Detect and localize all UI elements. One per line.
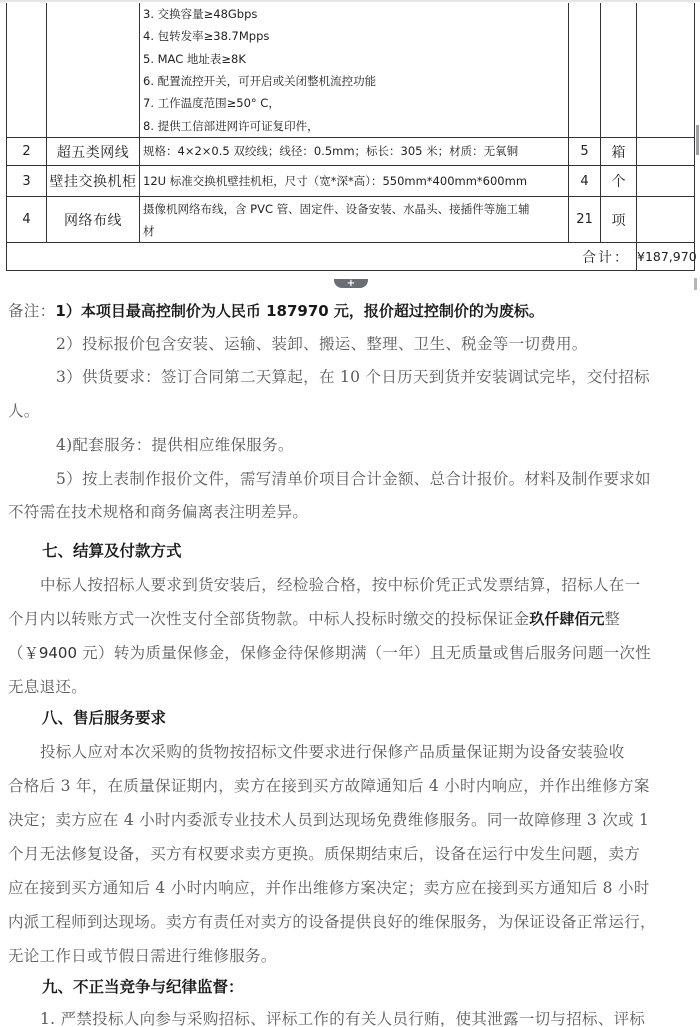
remark-item: 3）供货要求：签订合同第二天算起，在 10 个日历天到货并安装调试完毕，交付招标 bbox=[56, 365, 650, 387]
paragraph-line: 中标人按招标人要求到货安装后，经检验合格，按中标价凭正式发票结算，招标人在一 bbox=[40, 573, 640, 595]
cell-price[interactable] bbox=[637, 138, 695, 166]
text-run: 个月内以转账方式一次性支付全部货物款。中标人投标时缴交的投标保证金 bbox=[8, 610, 529, 628]
paragraph-line: 应在接到买方通知后 4 小时内响应，并作出维修方案决定；卖方应在接到买方通知后 … bbox=[8, 876, 650, 898]
table-corner-handle[interactable] bbox=[694, 278, 697, 290]
cell-unit[interactable]: 个 bbox=[601, 166, 637, 197]
paragraph-line: 个月内以转账方式一次性支付全部货物款。中标人投标时缴交的投标保证金玖仟肆佰元整 bbox=[8, 607, 620, 629]
spec-list: 3. 交换容量≥48Gbps 4. 包转发率≥38.7Mpps 5. MAC 地… bbox=[143, 3, 568, 137]
section-heading-after-sales: 八、售后服务要求 bbox=[42, 706, 166, 728]
cell-unit[interactable] bbox=[601, 3, 637, 138]
deposit-amount-words: 玖仟肆佰元 bbox=[529, 610, 604, 628]
cell-qty[interactable]: 5 bbox=[569, 138, 601, 166]
paragraph-line: 1. 严禁投标人向参与采购招标、评标工作的有关人员行贿，使其泄露一切与招标、评标 bbox=[40, 1007, 645, 1027]
total-value[interactable]: ¥187,970 bbox=[637, 243, 695, 271]
cell-qty[interactable] bbox=[569, 3, 601, 138]
remark-item-cont: 人。 bbox=[8, 399, 40, 421]
cell-no[interactable]: 3 bbox=[7, 166, 47, 197]
paragraph-line: 个月无法修复设备，买方有权要求卖方更换。质保期结束后，设备在运行中发生问题，卖方 bbox=[8, 842, 640, 864]
remark-item: 5）按上表制作报价文件，需写清单价项目合计金额、总合计报价。材料及制作要求如 bbox=[56, 467, 651, 489]
table-row: 4 网络布线 摄像机网络布线，含 PVC 管、固定件、设备安装、水晶头、接插件等… bbox=[7, 197, 695, 243]
table-row: 3. 交换容量≥48Gbps 4. 包转发率≥38.7Mpps 5. MAC 地… bbox=[7, 3, 695, 138]
cell-name[interactable]: 超五类网线 bbox=[47, 138, 140, 166]
cell-price[interactable] bbox=[637, 197, 695, 243]
paragraph-line: 无论工作日或节假日需进行维修服务。 bbox=[8, 944, 277, 966]
total-label[interactable]: 合计： bbox=[7, 243, 637, 271]
paragraph-line: 决定；卖方应在 4 小时内委派专业技术人员到达现场免费维修服务。同一故障修理 3… bbox=[8, 808, 649, 830]
table-row: 2 超五类网线 规格：4×2×0.5 双绞线；线径：0.5mm；标长：305 米… bbox=[7, 138, 695, 166]
cell-price[interactable] bbox=[637, 3, 695, 138]
remark-item: 2）投标报价包含安装、运输、装卸、搬运、整理、卫生、税金等一切费用。 bbox=[56, 332, 588, 354]
cell-qty[interactable]: 4 bbox=[569, 166, 601, 197]
cell-spec[interactable]: 3. 交换容量≥48Gbps 4. 包转发率≥38.7Mpps 5. MAC 地… bbox=[140, 3, 569, 138]
cell-unit[interactable]: 项 bbox=[601, 197, 637, 243]
remark-item-cont: 不符需在技术规格和商务偏离表注明差异。 bbox=[8, 500, 308, 522]
spec-item: 5. MAC 地址表≥8K bbox=[143, 48, 568, 70]
table-total-row: 合计： ¥187,970 bbox=[7, 243, 695, 271]
remark-item-bold: 1）本项目最高控制价为人民币 187970 元，报价超过控制价的为废标。 bbox=[55, 302, 544, 320]
insert-row-button[interactable]: + bbox=[334, 279, 368, 288]
cell-unit[interactable]: 箱 bbox=[601, 138, 637, 166]
remark-item: 4)配套服务：提供相应维保服务。 bbox=[56, 433, 294, 455]
cell-spec[interactable]: 摄像机网络布线，含 PVC 管、固定件、设备安装、水晶头、接插件等施工辅 材 bbox=[140, 197, 569, 243]
paragraph-line: 内派工程师到达现场。卖方有责任对卖方的设备提供良好的维保服务，为保证设备正常运行… bbox=[8, 910, 656, 932]
spec-item: 3. 交换容量≥48Gbps bbox=[143, 3, 568, 25]
paragraph-line: 合格后 3 年，在质量保证期内，卖方在接到买方故障通知后 4 小时内响应，并作出… bbox=[8, 774, 650, 796]
paragraph-line: 无息退还。 bbox=[8, 675, 87, 697]
cell-no[interactable]: 4 bbox=[7, 197, 47, 243]
text-run: 元）转为质量保修金，保修金待保修期满（一年）且无质量或售后服务问题一次性 bbox=[77, 644, 651, 662]
table-row: 3 壁挂交换机柜 12U 标准交换机壁挂机柜，尺寸（宽*深*高）：550mm*4… bbox=[7, 166, 695, 197]
cell-name[interactable]: 网络布线 bbox=[47, 197, 140, 243]
spec-item: 4. 包转发率≥38.7Mpps bbox=[143, 25, 568, 47]
document-page: 3. 交换容量≥48Gbps 4. 包转发率≥38.7Mpps 5. MAC 地… bbox=[0, 0, 700, 1027]
spec-item: 6. 配置流控开关，可开启或关闭整机流控功能 bbox=[143, 70, 568, 92]
spec-item: 7. 工作温度范围≥50° C， bbox=[143, 92, 568, 114]
spec-line: 材 bbox=[143, 220, 568, 242]
text-run: （ bbox=[8, 644, 24, 662]
section-heading-settlement: 七、结算及付款方式 bbox=[42, 539, 182, 561]
cell-price[interactable] bbox=[637, 166, 695, 197]
cell-spec[interactable]: 规格：4×2×0.5 双绞线；线径：0.5mm；标长：305 米；材质：无氧铜 bbox=[140, 138, 569, 166]
deposit-amount: ￥9400 bbox=[24, 644, 77, 662]
cell-no[interactable]: 2 bbox=[7, 138, 47, 166]
paragraph-line: 投标人应对本次采购的货物按招标文件要求进行保修产品质量保证期为设备安装验收 bbox=[40, 740, 625, 762]
cell-spec[interactable]: 12U 标准交换机壁挂机柜，尺寸（宽*深*高）：550mm*400mm*600m… bbox=[140, 166, 569, 197]
text-run: 整 bbox=[604, 610, 620, 628]
section-heading-discipline: 九、不正当竞争与纪律监督： bbox=[42, 975, 244, 997]
cell-name[interactable]: 壁挂交换机柜 bbox=[47, 166, 140, 197]
spec-item: 8. 提供工信部进网许可证复印件， bbox=[143, 115, 568, 137]
remarks-label: 备注： bbox=[8, 302, 55, 320]
page-top-edge bbox=[0, 0, 700, 2]
spec-line: 摄像机网络布线，含 PVC 管、固定件、设备安装、水晶头、接插件等施工辅 bbox=[143, 198, 568, 220]
cell-name[interactable] bbox=[47, 3, 140, 138]
cell-qty[interactable]: 21 bbox=[569, 197, 601, 243]
remark-line-1: 备注：1）本项目最高控制价为人民币 187970 元，报价超过控制价的为废标。 bbox=[8, 299, 544, 321]
procurement-table: 3. 交换容量≥48Gbps 4. 包转发率≥38.7Mpps 5. MAC 地… bbox=[6, 3, 695, 271]
table-resize-handle[interactable] bbox=[696, 125, 699, 155]
paragraph-line: （￥9400 元）转为质量保修金，保修金待保修期满（一年）且无质量或售后服务问题… bbox=[8, 641, 651, 663]
cell-no[interactable] bbox=[7, 3, 47, 138]
